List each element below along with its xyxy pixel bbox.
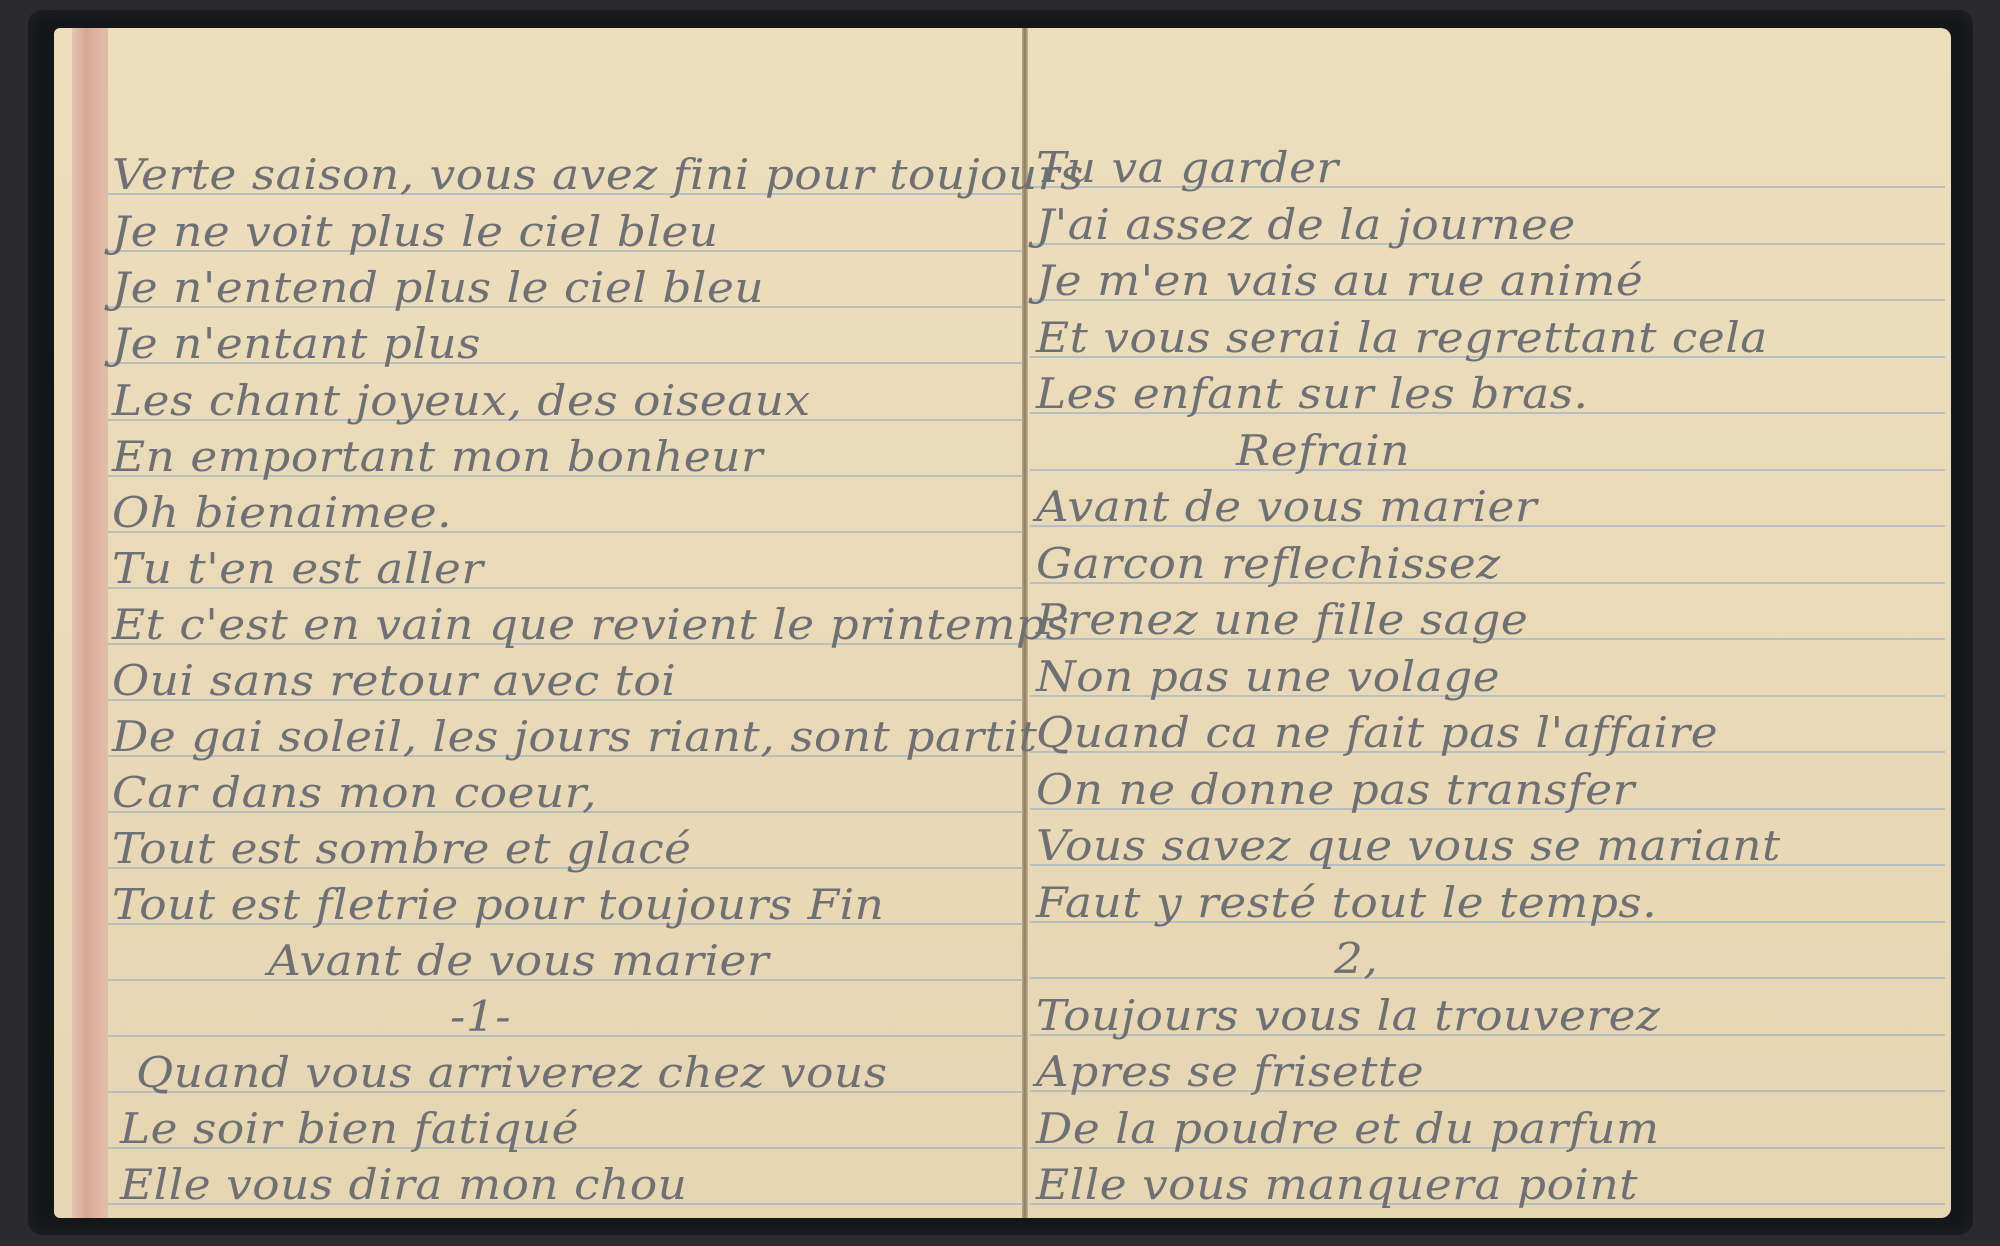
handwritten-line: Verte saison, vous avez fini pour toujou… <box>112 150 1084 199</box>
handwritten-line: Les chant joyeux, des oiseaux <box>112 376 811 425</box>
handwritten-line: En emportant mon bonheur <box>112 432 763 481</box>
handwritten-line: On ne donne pas transfer <box>1036 765 1635 814</box>
handwritten-line: Tu t'en est aller <box>112 544 484 593</box>
handwritten-line: Quand ca ne fait pas l'affaire <box>1036 708 1718 757</box>
handwritten-line: Je m'en vais au rue animé <box>1036 256 1643 305</box>
handwritten-line: Tu va garder <box>1036 143 1339 192</box>
handwritten-line: Et vous serai la regrettant cela <box>1036 313 1768 362</box>
handwritten-line: Vous savez que vous se mariant <box>1036 821 1781 870</box>
verse-number: -1- <box>450 992 511 1041</box>
handwritten-line: J'ai assez de la journee <box>1036 200 1576 249</box>
rule-line <box>108 1035 1023 1037</box>
handwritten-line: Prenez une fille sage <box>1036 595 1528 644</box>
handwritten-line: Elle vous dira mon chou <box>120 1160 687 1209</box>
handwritten-line: Avant de vous marier <box>1036 482 1537 531</box>
handwritten-line: Apres se frisette <box>1036 1047 1424 1096</box>
handwritten-line: Je ne voit plus le ciel bleu <box>112 207 719 256</box>
verse-number: 2, <box>1334 934 1378 983</box>
handwritten-line: Je n'entend plus le ciel bleu <box>112 263 764 312</box>
handwritten-line: Je n'entant plus <box>112 319 481 368</box>
handwritten-line: Tout est fletrie pour toujours Fin <box>112 880 884 929</box>
handwritten-line: Oui sans retour avec toi <box>112 656 676 705</box>
handwritten-line: Elle vous manquera point <box>1036 1160 1638 1209</box>
handwritten-line: Toujours vous la trouverez <box>1036 991 1660 1040</box>
handwritten-line: Garcon reflechissez <box>1036 539 1501 588</box>
handwritten-line: Et c'est en vain que revient le printemp… <box>112 600 1069 649</box>
handwritten-line: Le soir bien fatiqué <box>120 1104 579 1153</box>
handwritten-line: Non pas une volage <box>1036 652 1500 701</box>
refrain-label: Refrain <box>1236 426 1410 475</box>
page-edge-red <box>72 28 108 1218</box>
handwritten-line: Tout est sombre et glacé <box>112 824 692 873</box>
rule-line <box>1030 469 1945 471</box>
handwritten-line: De la poudre et du parfum <box>1036 1104 1660 1153</box>
song-title: Avant de vous marier <box>268 936 769 985</box>
handwritten-line: Les enfant sur les bras. <box>1036 369 1588 418</box>
rule-line <box>1030 977 1945 979</box>
handwritten-line: Oh bienaimee. <box>112 488 452 537</box>
handwritten-line: Quand vous arriverez chez vous <box>136 1048 888 1097</box>
handwritten-line: Car dans mon coeur, <box>112 768 597 817</box>
handwritten-line: Faut y resté tout le temps. <box>1036 878 1657 927</box>
handwritten-line: De gai soleil, les jours riant, sont par… <box>112 712 1037 761</box>
